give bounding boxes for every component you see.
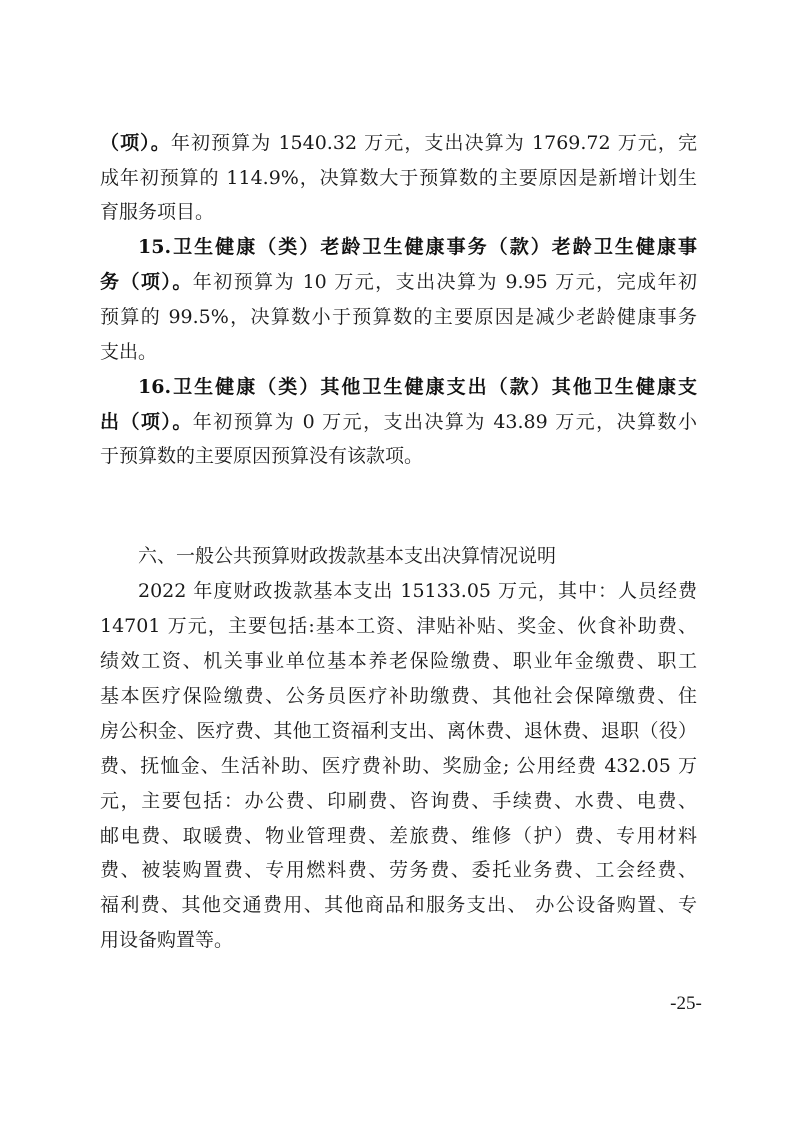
section-6-line-10: 福利费、其他交通费用、其他商品和服务支出、 办公设备购置、专 bbox=[100, 888, 697, 923]
paragraph-16-line-3: 于预算数的主要原因预算没有该款项。 bbox=[100, 439, 697, 474]
paragraph-16-line-1: 16.卫生健康（类）其他卫生健康支出（款）其他卫生健康支 bbox=[138, 370, 697, 405]
section-6-line-3: 绩效工资、机关事业单位基本养老保险缴费、职业年金缴费、职工 bbox=[100, 644, 697, 679]
paragraph-15-line-1: 15.卫生健康（类）老龄卫生健康事务（款）老龄卫生健康事 bbox=[138, 230, 697, 265]
body-text: 育服务项目。 bbox=[100, 201, 214, 223]
section-6-line-11: 用设备购置等。 bbox=[100, 923, 697, 958]
item-heading-bold: 16.卫生健康（类）其他卫生健康支出（款）其他卫生健康支 bbox=[138, 376, 697, 398]
section-6-line-7: 元，主要包括：办公费、印刷费、咨询费、手续费、水费、电费、 bbox=[100, 784, 697, 819]
section-6-line-4: 基本医疗保险缴费、公务员医疗补助缴费、其他社会保障缴费、住 bbox=[100, 679, 697, 714]
item-heading-bold: 出（项）。 bbox=[100, 411, 193, 433]
page-number: -25- bbox=[664, 990, 708, 1018]
body-text: 年初预算为 1540.32 万元，支出决算为 1769.72 万元，完 bbox=[171, 132, 697, 154]
section-6-heading: 六、一般公共预算财政拨款基本支出决算情况说明 bbox=[138, 539, 697, 574]
paragraph-15-line-4: 支出。 bbox=[100, 335, 697, 370]
paragraph-14-line-3: 育服务项目。 bbox=[100, 195, 697, 230]
paragraph-14-line-1: （项）。年初预算为 1540.32 万元，支出决算为 1769.72 万元，完 bbox=[100, 126, 697, 161]
section-6-line-8: 邮电费、取暖费、物业管理费、差旅费、维修（护）费、专用材料 bbox=[100, 819, 697, 854]
item-heading-bold: 务（项）。 bbox=[100, 271, 193, 293]
item-heading-bold: 15.卫生健康（类）老龄卫生健康事务（款）老龄卫生健康事 bbox=[138, 236, 697, 258]
item-heading-bold: （项）。 bbox=[100, 132, 171, 154]
body-text: 年初预算为 10 万元，支出决算为 9.95 万元，完成年初 bbox=[193, 271, 697, 293]
paragraph-16-line-2: 出（项）。年初预算为 0 万元，支出决算为 43.89 万元，决算数小 bbox=[100, 405, 697, 440]
paragraph-15-line-2: 务（项）。年初预算为 10 万元，支出决算为 9.95 万元，完成年初 bbox=[100, 265, 697, 300]
section-6-line-9: 费、被装购置费、专用燃料费、劳务费、委托业务费、工会经费、 bbox=[100, 853, 697, 888]
body-text: 支出。 bbox=[100, 341, 157, 363]
paragraph-14-line-2: 成年初预算的 114.9%，决算数大于预算数的主要原因是新增计划生 bbox=[100, 161, 697, 196]
body-text: 年初预算为 0 万元，支出决算为 43.89 万元，决算数小 bbox=[193, 411, 697, 433]
section-6-line-1: 2022 年度财政拨款基本支出 15133.05 万元，其中：人员经费 bbox=[138, 574, 697, 609]
document-page: （项）。年初预算为 1540.32 万元，支出决算为 1769.72 万元，完 … bbox=[0, 0, 793, 1122]
body-text: 成年初预算的 114.9%，决算数大于预算数的主要原因是新增计划生 bbox=[100, 167, 697, 189]
section-6-line-5: 房公积金、医疗费、其他工资福利支出、离休费、退休费、退职（役） bbox=[100, 714, 697, 749]
paragraph-15-line-3: 预算的 99.5%，决算数小于预算数的主要原因是减少老龄健康事务 bbox=[100, 300, 697, 335]
body-text: 于预算数的主要原因预算没有该款项。 bbox=[100, 445, 423, 467]
section-6-line-2: 14701 万元，主要包括:基本工资、津贴补贴、奖金、伙食补助费、 bbox=[100, 609, 697, 644]
section-6-line-6: 费、抚恤金、生活补助、医疗费补助、奖励金; 公用经费 432.05 万 bbox=[100, 749, 697, 784]
body-text: 预算的 99.5%，决算数小于预算数的主要原因是减少老龄健康事务 bbox=[100, 306, 697, 328]
